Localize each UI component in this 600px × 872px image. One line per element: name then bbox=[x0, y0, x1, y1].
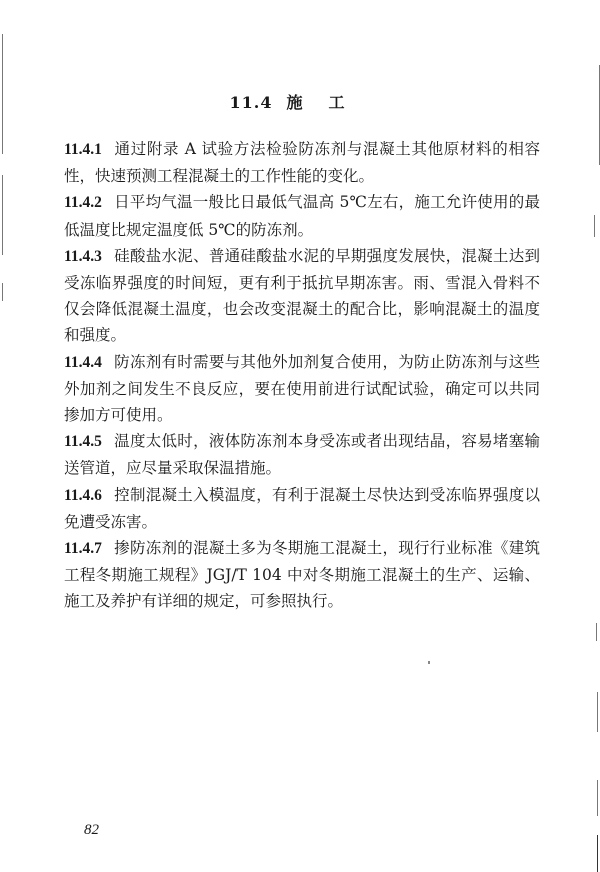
scan-edge-right-5 bbox=[597, 780, 598, 816]
scan-edge-left-2 bbox=[2, 175, 3, 255]
clause-number: 11.4.7 bbox=[64, 540, 102, 557]
scan-edge-left-3 bbox=[2, 283, 3, 301]
clause-number: 11.4.6 bbox=[64, 487, 102, 504]
clause-text: 防冻剂有时需要与其他外加剂复合使用，为防止防冻剂与这些外加剂之间发生不良反应，要… bbox=[64, 353, 540, 424]
clause-number: 11.4.4 bbox=[64, 354, 102, 371]
clause-11-4-3: 11.4.3硅酸盐水泥、普通硅酸盐水泥的早期强度发展快，混凝土达到受冻临界强度的… bbox=[64, 243, 540, 349]
scan-edge-right-3 bbox=[596, 623, 597, 641]
clause-text: 硅酸盐水泥、普通硅酸盐水泥的早期强度发展快，混凝土达到受冻临界强度的时间短，更有… bbox=[64, 247, 540, 345]
clause-number: 11.4.2 bbox=[64, 194, 102, 211]
section-word: 施工 bbox=[286, 93, 370, 112]
clause-text: 控制混凝土入模温度，有利于混凝土尽快达到受冻临界强度以免遭受冻害。 bbox=[64, 486, 540, 531]
page-number: 82 bbox=[84, 822, 99, 839]
clause-list: 11.4.1通过附录 A 试验方法检验防冻剂与混凝土其他原材料的相容性，快速预测… bbox=[64, 136, 540, 615]
scan-edge-right-2 bbox=[594, 215, 595, 237]
clause-11-4-2: 11.4.2日平均气温一般比日最低气温高 5℃左右，施工允许使用的最低温度比规定… bbox=[64, 189, 540, 242]
clause-11-4-7: 11.4.7掺防冻剂的混凝土多为冬期施工混凝土，现行行业标准《建筑工程冬期施工规… bbox=[64, 535, 540, 615]
scan-edge-right-4 bbox=[597, 692, 598, 732]
scan-edge-right-6 bbox=[597, 835, 598, 872]
clause-11-4-4: 11.4.4防冻剂有时需要与其他外加剂复合使用，为防止防冻剂与这些外加剂之间发生… bbox=[64, 349, 540, 429]
clause-text: 掺防冻剂的混凝土多为冬期施工混凝土，现行行业标准《建筑工程冬期施工规程》JGJ/… bbox=[64, 539, 540, 610]
section-title: 11.4施工 bbox=[0, 90, 600, 113]
clause-11-4-1: 11.4.1通过附录 A 试验方法检验防冻剂与混凝土其他原材料的相容性，快速预测… bbox=[64, 136, 540, 189]
clause-text: 温度太低时，液体防冻剂本身受冻或者出现结晶，容易堵塞输送管道，应尽量采取保温措施… bbox=[64, 432, 540, 477]
clause-text: 日平均气温一般比日最低气温高 5℃左右，施工允许使用的最低温度比规定温度低 5℃… bbox=[64, 193, 540, 238]
scan-speck bbox=[428, 661, 430, 664]
clause-11-4-6: 11.4.6控制混凝土入模温度，有利于混凝土尽快达到受冻临界强度以免遭受冻害。 bbox=[64, 482, 540, 535]
clause-number: 11.4.5 bbox=[64, 433, 102, 450]
clause-11-4-5: 11.4.5温度太低时，液体防冻剂本身受冻或者出现结晶，容易堵塞输送管道，应尽量… bbox=[64, 428, 540, 481]
clause-number: 11.4.3 bbox=[64, 248, 102, 265]
clause-text: 通过附录 A 试验方法检验防冻剂与混凝土其他原材料的相容性，快速预测工程混凝土的… bbox=[64, 140, 540, 185]
section-number: 11.4 bbox=[230, 93, 273, 112]
clause-number: 11.4.1 bbox=[64, 141, 102, 158]
